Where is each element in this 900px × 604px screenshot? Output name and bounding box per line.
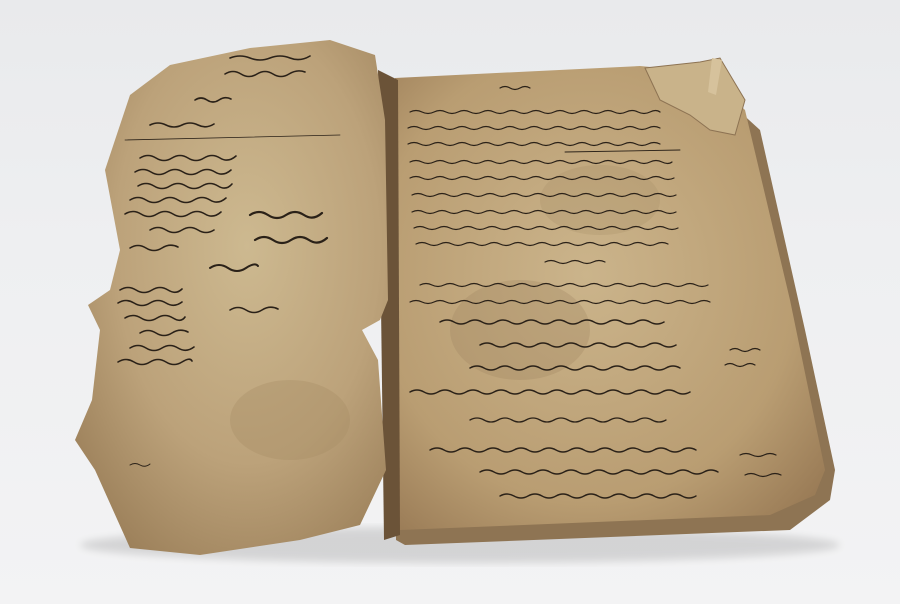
left-page [75,40,388,555]
stain [540,165,660,235]
stain [230,380,350,460]
manuscript-photo: Open antique handwritten manuscript book… [0,0,900,604]
stain [450,280,590,380]
manuscript-illustration [0,0,900,604]
